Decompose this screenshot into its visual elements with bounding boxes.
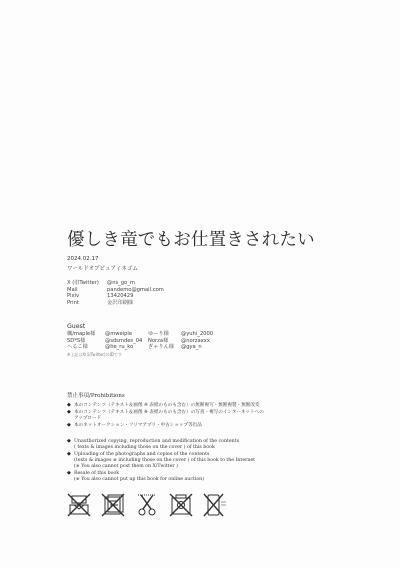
prohibition-item: ◆Resale of this book xyxy=(67,470,255,477)
info-row: Pixiv13420429 xyxy=(67,293,164,300)
prohibition-item: ◆本のネットオークション・フリマアプリ・中古ショップ等出品 xyxy=(67,422,264,429)
no-photo-icon xyxy=(169,493,193,517)
info-row: Mailpandemo@gmail.com xyxy=(67,287,164,294)
prohibition-item: ◆Uploading of the photographs and copies… xyxy=(67,451,255,458)
no-scan-icon xyxy=(101,493,125,517)
info-row: X (旧Twitter)@ns_go_m xyxy=(67,280,164,287)
guest-list: 楓/maple様@mweiple ゆーり様@yuhi_2000 SD*S様@sd… xyxy=(67,331,213,358)
no-cut-icon xyxy=(135,493,159,517)
book-title: 優しき竜でもお仕置きされたい xyxy=(67,226,315,251)
prohibitions-heading: 禁止事項/Prohibitions xyxy=(67,391,125,399)
prohibitions-en: ◆Unauthorized copying, reproduction and … xyxy=(67,438,255,483)
no-copy-icon xyxy=(67,493,91,517)
prohibition-icons xyxy=(67,493,227,517)
prohibition-item: ◆本のコンテンツ（テキスト＆画像 ※ 表紙のものも含む）の写真・複写のインターネ… xyxy=(67,409,264,416)
prohibition-item: ◆Unauthorized copying, reproduction and … xyxy=(67,438,255,445)
bullet-icon: ◆ xyxy=(67,409,74,415)
bullet-icon: ◆ xyxy=(67,470,74,476)
no-upload-icon xyxy=(203,493,227,517)
guest-heading: Guest xyxy=(67,323,85,330)
guest-row: へるこ様@he_ru_ko ぎゃりん様@gya_n xyxy=(67,344,213,351)
prohibition-item-cont: (※ You also cannot put up this book for … xyxy=(67,477,255,483)
info-table: X (旧Twitter)@ns_go_m Mailpandemo@gmail.c… xyxy=(67,280,164,306)
publish-date: 2024.02.17 xyxy=(67,256,99,262)
bullet-icon: ◆ xyxy=(67,438,74,444)
bullet-icon: ◆ xyxy=(67,422,74,428)
info-row: Print金沢印刷様 xyxy=(67,300,164,307)
guest-row: SD*S様@sdsmdes_04 Norza様@norzaxxx xyxy=(67,338,213,345)
colophon-page: 優しき竜でもお仕置きされたい 2024.02.17 ワールドオブピュア / ネゴ… xyxy=(0,0,400,569)
prohibition-item: ◆本のコンテンツ（テキスト＆画像 ※ 表紙のものも含む）の無断複写・無断複製・無… xyxy=(67,402,264,409)
guest-row: 楓/maple様@mweiple ゆーり様@yuhi_2000 xyxy=(67,331,213,338)
circle-author: ワールドオブピュア / ネゴム xyxy=(67,264,138,272)
bullet-icon: ◆ xyxy=(67,402,74,408)
guest-note: ※上記はX(旧Twitter)のIDです xyxy=(67,352,213,359)
prohibitions-jp: ◆本のコンテンツ（テキスト＆画像 ※ 表紙のものも含む）の無断複写・無断複製・無… xyxy=(67,402,264,429)
bullet-icon: ◆ xyxy=(67,451,74,457)
